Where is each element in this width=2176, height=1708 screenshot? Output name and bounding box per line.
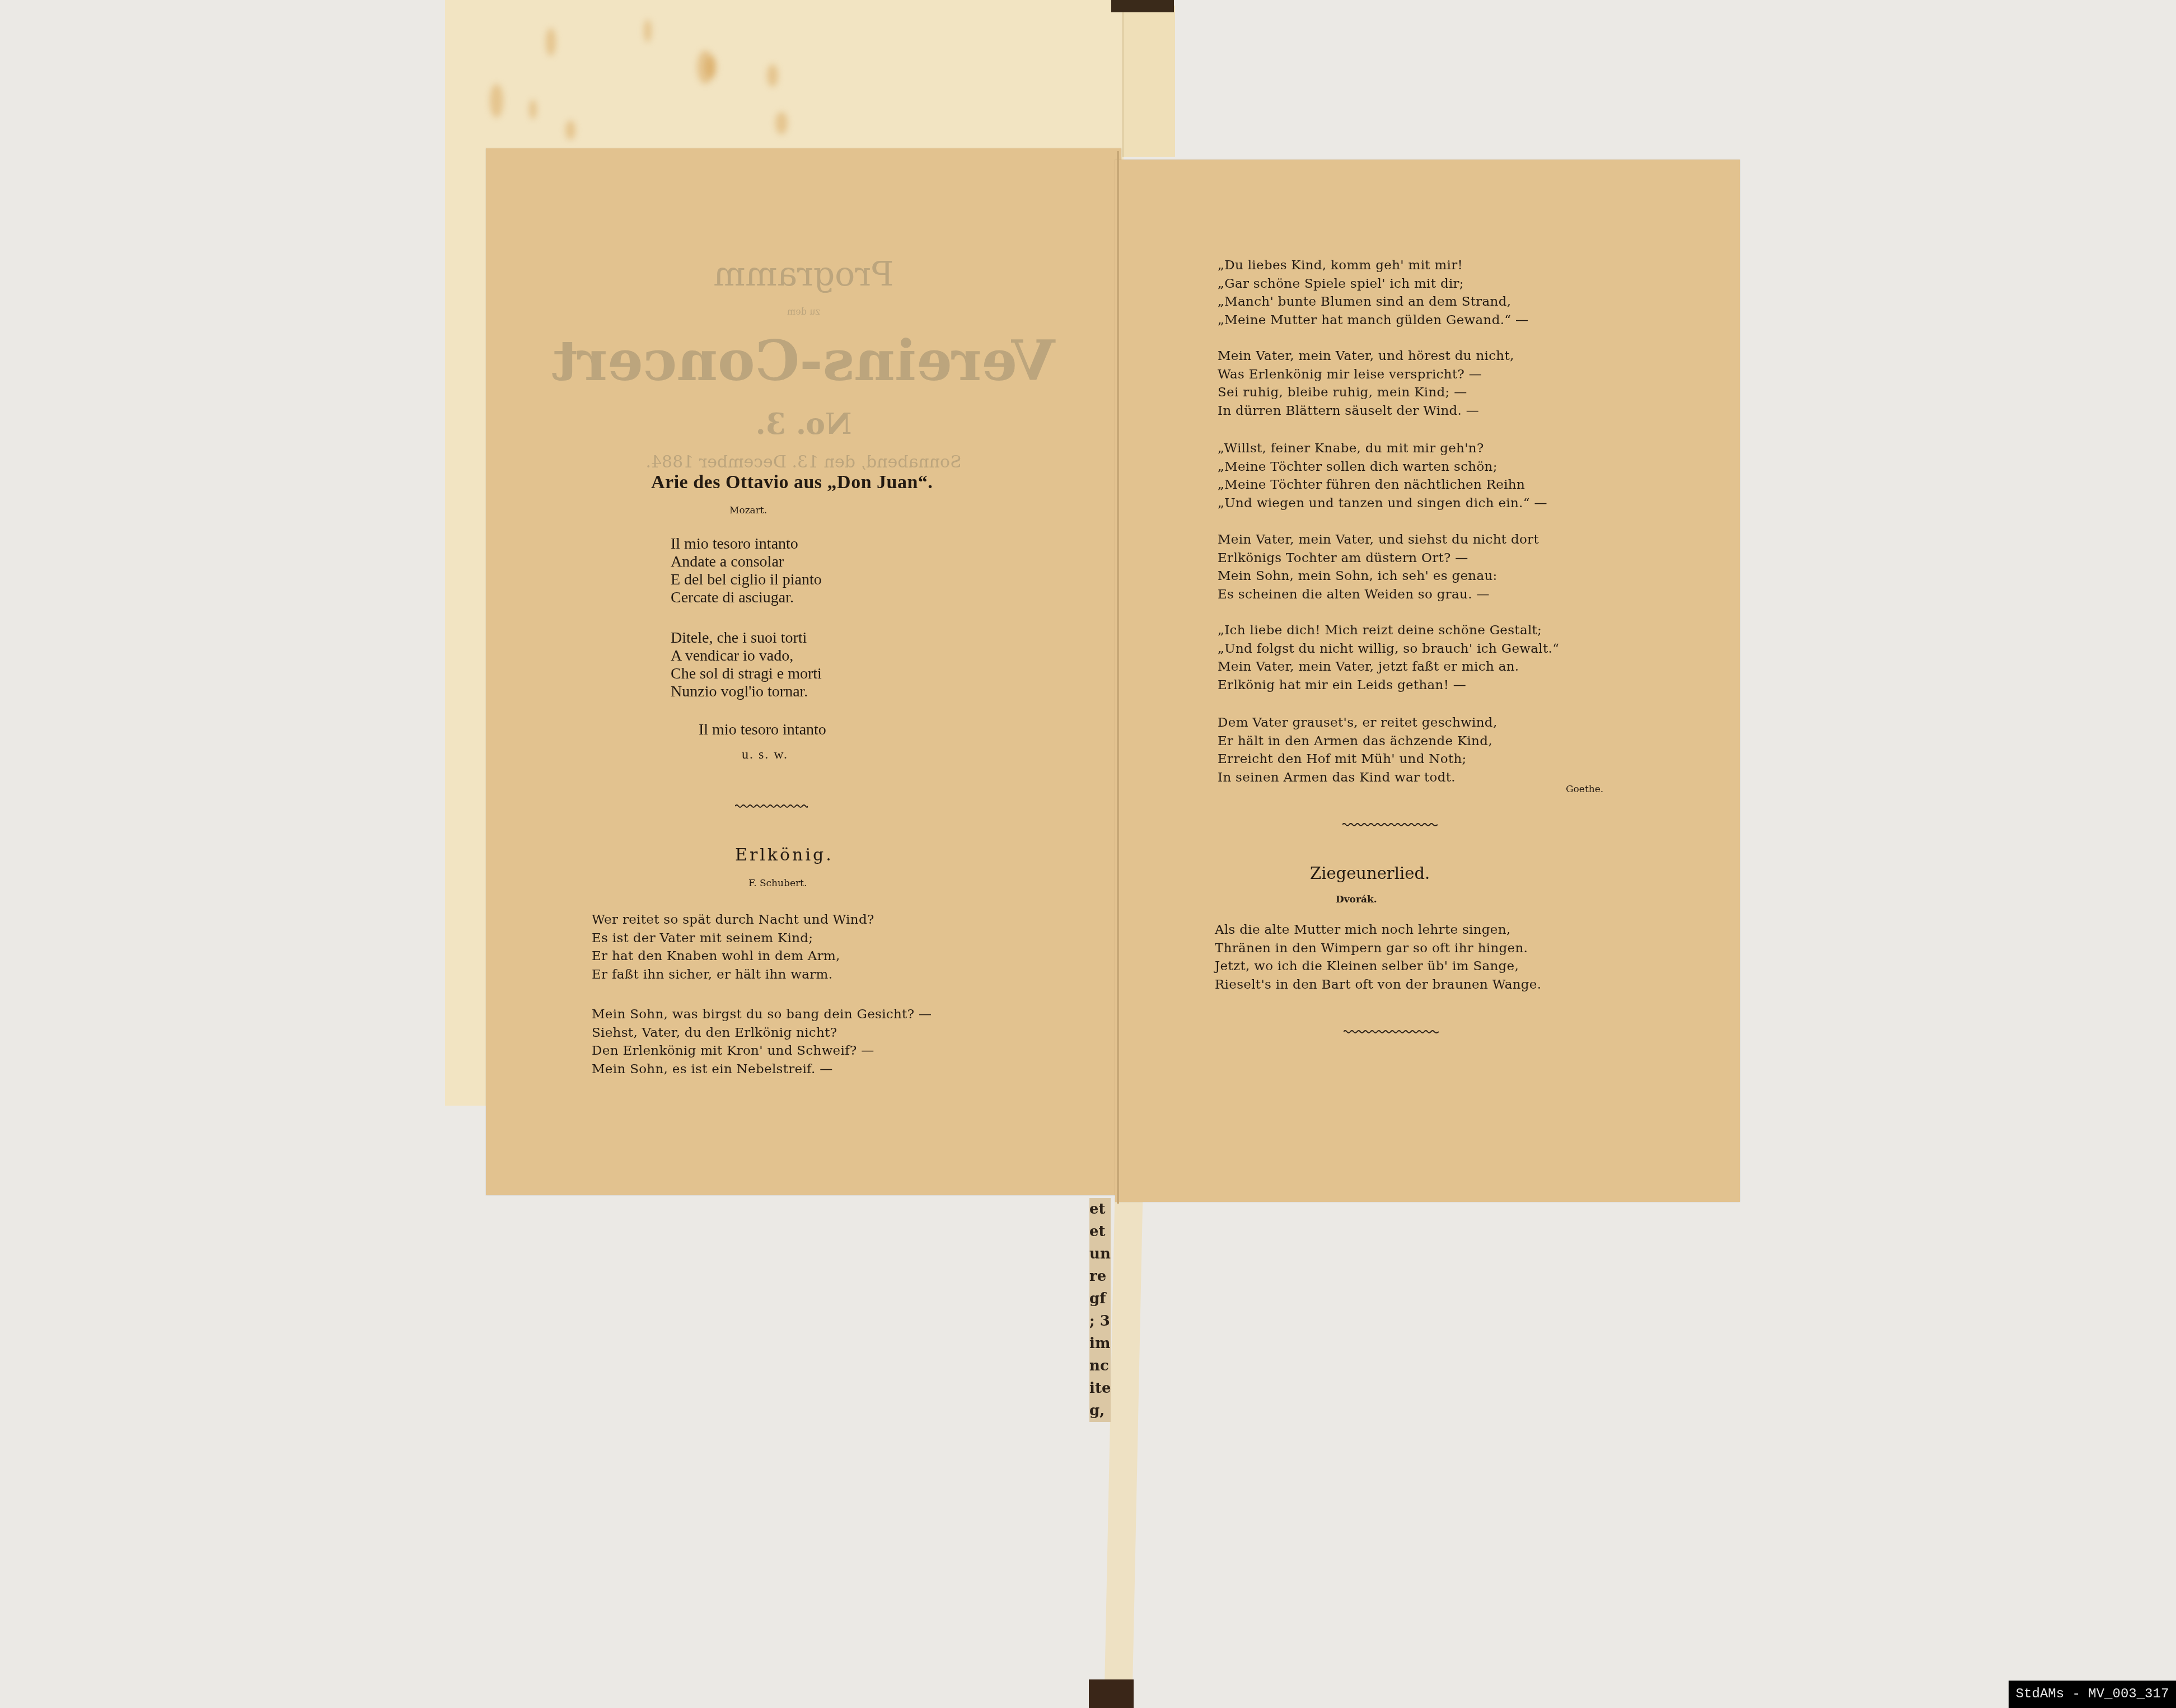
verse-line: Il mio tesoro intanto (671, 535, 822, 553)
fragment-text: ite (1089, 1377, 1111, 1400)
ziegeunerlied-composer: Dvorák. (1336, 894, 1377, 905)
newspaper-fragment-strip: et et un re gf ; 3 im nc ite g, (1089, 1198, 1111, 1422)
aria-refrain: Il mio tesoro intanto (699, 721, 826, 739)
verse-line: Nunzio vogl'io tornar. (671, 683, 822, 701)
verse-line: „Ich liebe dich! Mich reizt deine schöne… (1218, 621, 1559, 640)
aria-stanza-1: Il mio tesoro intanto Andate a consolar … (671, 535, 822, 607)
dark-binding-edge (1111, 0, 1174, 12)
verse-line: „Manch' bunte Blumen sind an dem Strand, (1218, 293, 1528, 311)
foxing-stain (529, 100, 537, 119)
verse-line: „Gar schöne Spiele spiel' ich mit dir; (1218, 275, 1528, 293)
verse-line: Ditele, che i suoi torti (671, 629, 822, 647)
verse-line: Mein Vater, mein Vater, und hörest du ni… (1218, 347, 1514, 366)
erlkoenig-stanza-3: „Du liebes Kind, komm geh' mit mir! „Gar… (1218, 256, 1528, 329)
bleed-through-vereins-concert: Vereins-Concert (486, 327, 1121, 394)
bleed-through-programm: Programm (486, 255, 1121, 294)
fragment-text: un (1089, 1243, 1111, 1265)
poet-credit: Goethe. (1566, 784, 1603, 795)
verse-line: Che sol di stragi e morti (671, 665, 822, 683)
aria-title: Arie des Ottavio aus „Don Juan“. (651, 472, 933, 493)
bleed-through-date: Sonnabend, den 13. December 1884. (486, 452, 1121, 472)
verse-line: A vendicar io vado, (671, 647, 822, 665)
center-fold (1117, 151, 1119, 1204)
foxing-stain (644, 20, 652, 42)
verse-line: Cercate di asciugar. (671, 589, 822, 607)
archive-label: StdAMs - MV_003_317 (2009, 1681, 2176, 1708)
aria-stanza-2: Ditele, che i suoi torti A vendicar io v… (671, 629, 822, 701)
foxing-stain (546, 28, 556, 56)
verse-line: Mein Vater, mein Vater, jetzt faßt er mi… (1218, 658, 1559, 676)
fragment-text: gf (1089, 1288, 1111, 1310)
back-sheet-edge-strip (1122, 6, 1175, 157)
verse-line: „Und wiegen und tanzen und singen dich e… (1218, 494, 1547, 513)
ziegeunerlied-stanza-1: Als die alte Mutter mich noch lehrte sin… (1215, 921, 1541, 994)
fragment-text: et (1089, 1220, 1111, 1243)
verse-line: Erlkönig hat mir ein Leids gethan! — (1218, 676, 1559, 695)
verse-line: Dem Vater grauset's, er reitet geschwind… (1218, 714, 1498, 732)
verse-line: Mein Sohn, es ist ein Nebelstreif. — (592, 1060, 932, 1079)
verse-line: Erreicht den Hof mit Müh' und Noth; (1218, 750, 1498, 769)
foxing-stain (490, 84, 503, 118)
aria-etc: u. s. w. (742, 747, 788, 762)
erlkoenig-stanza-4: Mein Vater, mein Vater, und hörest du ni… (1218, 347, 1514, 420)
erlkoenig-stanza-8: Dem Vater grauset's, er reitet geschwind… (1218, 714, 1498, 787)
verse-line: Thränen in den Wimpern gar so oft ihr hi… (1215, 939, 1541, 958)
erlkoenig-stanza-2: Mein Sohn, was birgst du so bang dein Ge… (592, 1005, 932, 1078)
foxing-stain (775, 112, 788, 134)
erlkoenig-stanza-5: „Willst, feiner Knabe, du mit mir geh'n?… (1218, 439, 1547, 512)
verse-line: Mein Sohn, mein Sohn, ich seh' es genau: (1218, 567, 1539, 586)
verse-line: „Willst, feiner Knabe, du mit mir geh'n? (1218, 439, 1547, 458)
erlkoenig-stanza-6: Mein Vater, mein Vater, und siehst du ni… (1218, 531, 1539, 603)
verse-line: In dürren Blättern säuselt der Wind. — (1218, 402, 1514, 420)
verse-line: Er hält in den Armen das ächzende Kind, (1218, 732, 1498, 751)
erlkoenig-stanza-7: „Ich liebe dich! Mich reizt deine schöne… (1218, 621, 1559, 694)
erlkoenig-composer: F. Schubert. (748, 878, 807, 889)
verse-line: Es scheinen die alten Weiden so grau. — (1218, 586, 1539, 604)
ziegeunerlied-title: Ziegeunerlied. (1310, 864, 1430, 883)
verse-line: In seinen Armen das Kind war todt. (1218, 769, 1498, 787)
fragment-text: im (1089, 1332, 1111, 1355)
verse-line: Erlkönigs Tochter am düstern Ort? — (1218, 549, 1539, 568)
verse-line: E del bel ciglio il pianto (671, 571, 822, 589)
verse-line: Den Erlenkönig mit Kron' und Schweif? — (592, 1042, 932, 1060)
verse-line: Er faßt ihn sicher, er hält ihn warm. (592, 966, 874, 984)
foxing-stain (705, 56, 717, 78)
verse-line: Jetzt, wo ich die Kleinen selber üb' im … (1215, 957, 1541, 976)
verse-line: Wer reitet so spät durch Nacht und Wind? (592, 911, 874, 929)
fragment-text: g, (1089, 1400, 1111, 1422)
verse-line: Er hat den Knaben wohl in dem Arm, (592, 947, 874, 966)
verse-line: Mein Sohn, was birgst du so bang dein Ge… (592, 1005, 932, 1024)
verse-line: „Du liebes Kind, komm geh' mit mir! (1218, 256, 1528, 275)
verse-line: „Meine Töchter führen den nächtlichen Re… (1218, 476, 1547, 494)
verse-line: Andate a consolar (671, 553, 822, 571)
verse-line: Mein Vater, mein Vater, und siehst du ni… (1218, 531, 1539, 549)
bleed-through-zu-dem: zu dem (486, 306, 1121, 317)
verse-line: „Meine Mutter hat manch gülden Gewand.“ … (1218, 311, 1528, 330)
verse-line: Rieselt's in den Bart oft von der braune… (1215, 976, 1541, 994)
foxing-stain (565, 120, 575, 140)
fragment-text: nc (1089, 1355, 1111, 1377)
wavy-divider (735, 803, 808, 809)
wavy-divider (1342, 822, 1438, 827)
verse-line: „Meine Töchter sollen dich warten schön; (1218, 458, 1547, 476)
bleed-through-number: No. 3. (486, 407, 1121, 441)
verse-line: Als die alte Mutter mich noch lehrte sin… (1215, 921, 1541, 939)
verse-line: Siehst, Vater, du den Erlkönig nicht? (592, 1024, 932, 1042)
erlkoenig-title: Erlkönig. (735, 845, 834, 865)
fragment-text: ; 3 (1089, 1310, 1111, 1332)
dark-binding-foot (1089, 1679, 1134, 1708)
verse-line: Es ist der Vater mit seinem Kind; (592, 929, 874, 948)
verse-line: Sei ruhig, bleibe ruhig, mein Kind; — (1218, 383, 1514, 402)
fragment-text: re (1089, 1265, 1111, 1288)
wavy-divider (1344, 1029, 1439, 1035)
fragment-text: et (1089, 1198, 1111, 1220)
aria-composer: Mozart. (729, 505, 767, 516)
erlkoenig-stanza-1: Wer reitet so spät durch Nacht und Wind?… (592, 911, 874, 984)
verse-line: Was Erlenkönig mir leise verspricht? — (1218, 366, 1514, 384)
verse-line: „Und folgst du nicht willig, so brauch' … (1218, 640, 1559, 658)
foxing-stain (767, 64, 778, 87)
